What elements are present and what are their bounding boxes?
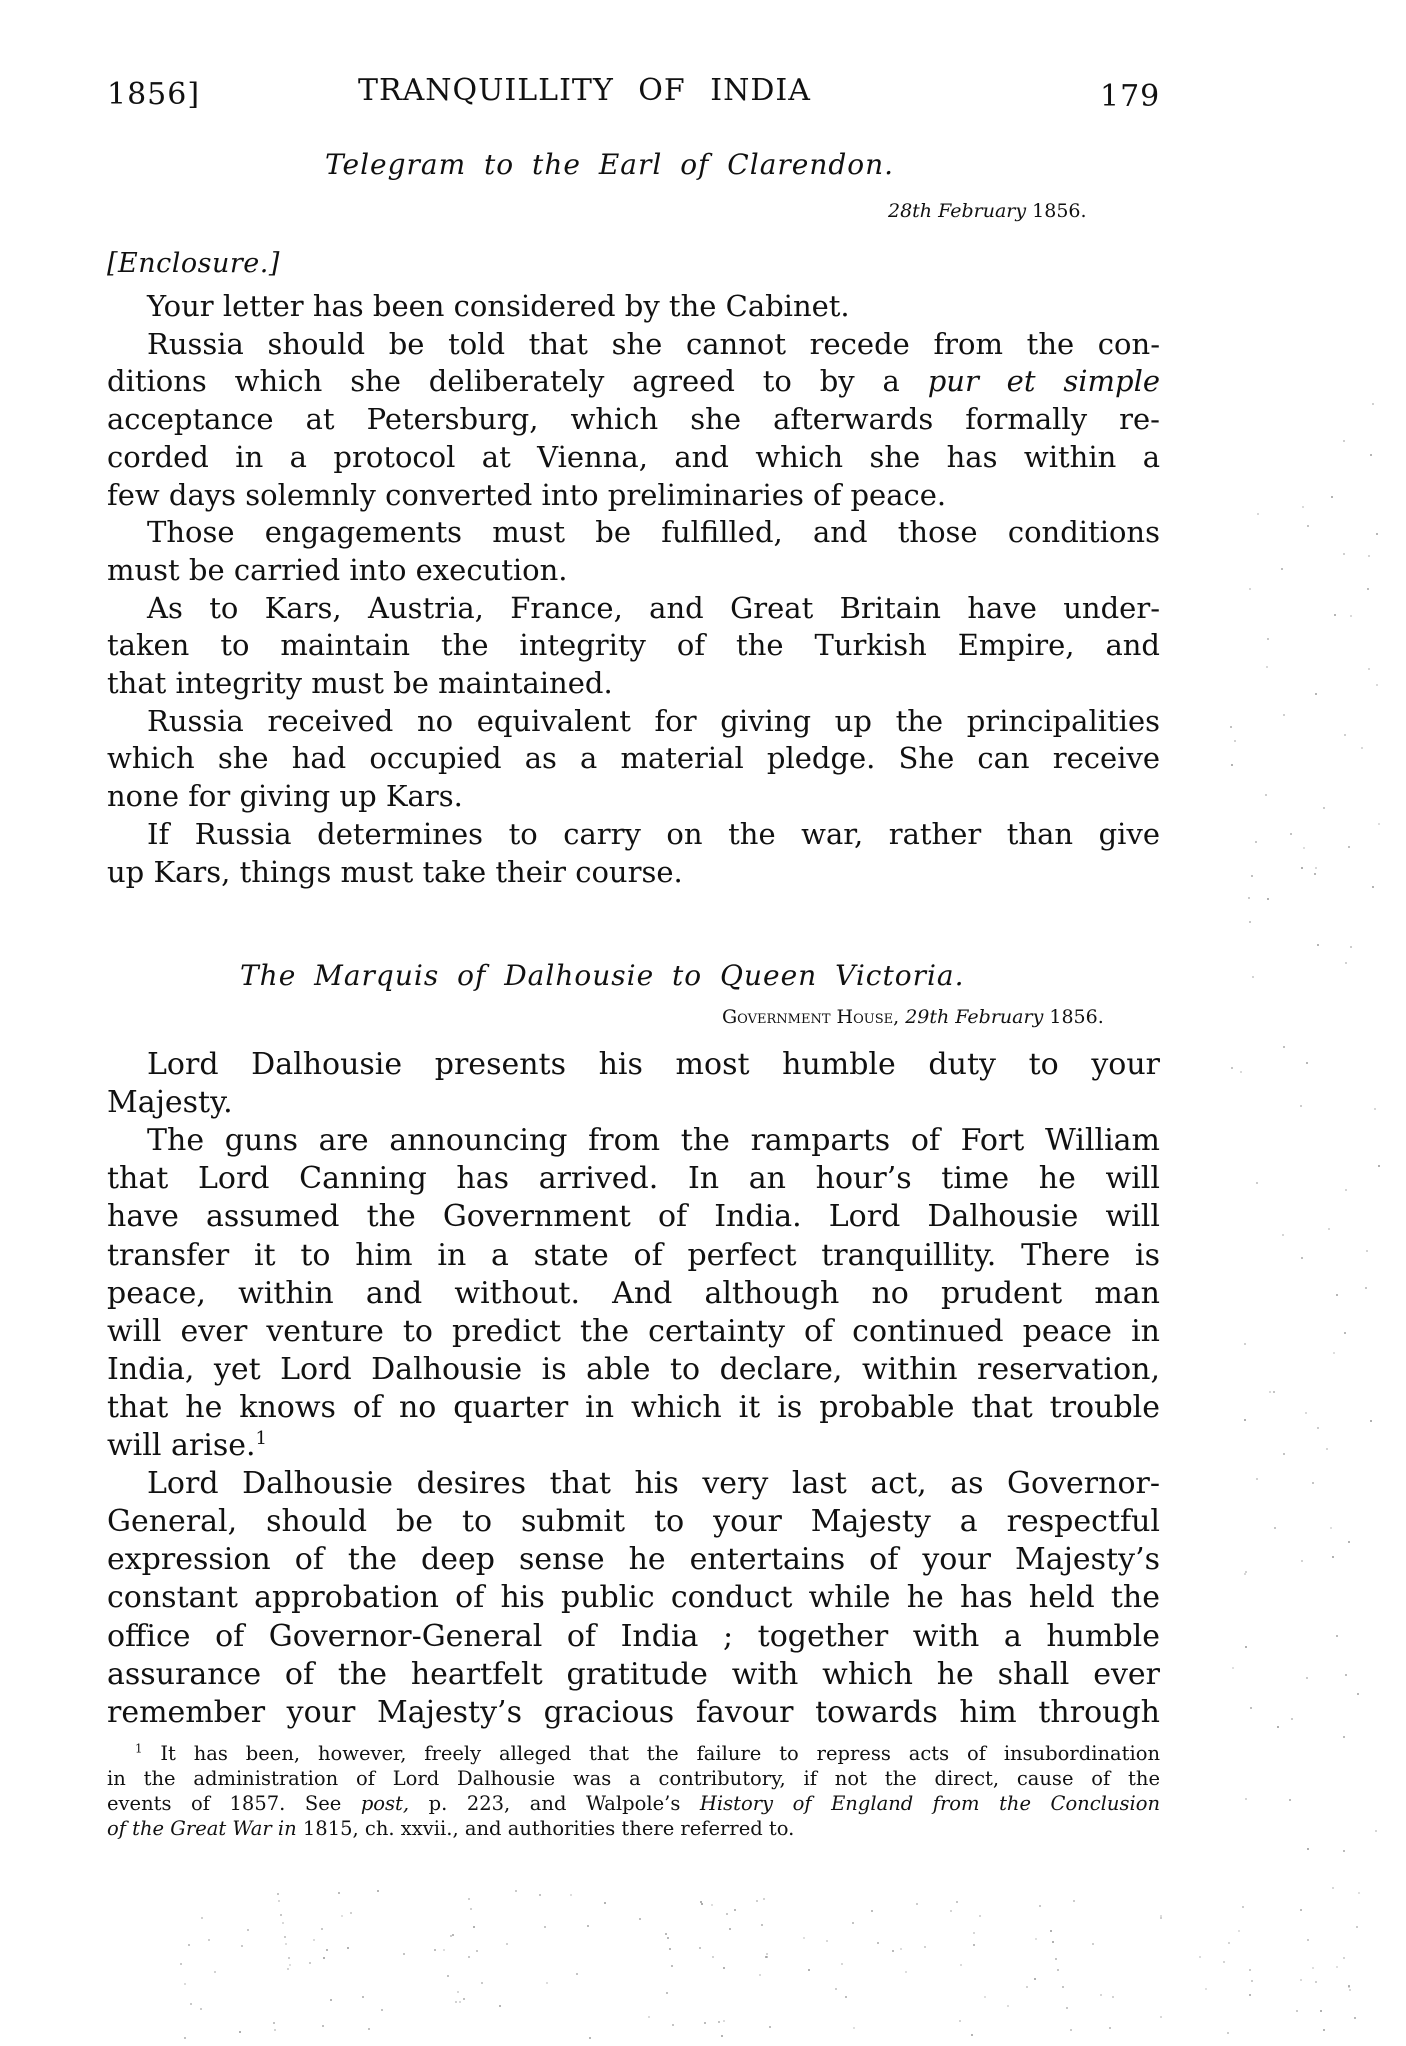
l1-line: Those engagements must be fulfilled, and… — [147, 518, 1160, 547]
page-number: 179 — [1100, 82, 1160, 112]
letter2-place: Government House, — [722, 1006, 899, 1028]
l2-line: Lord Dalhousie desires that his very las… — [147, 1469, 1160, 1499]
footnote-line-2: in the administration of Lord Dalhousie … — [107, 1769, 1160, 1789]
footnote-book-title: History of England from the Conclusion — [700, 1792, 1160, 1815]
l1-line: If Russia determines to carry on the war… — [147, 820, 1160, 849]
l1-line: ditions which she deliberately agreed to… — [107, 367, 1160, 396]
footnote-marker: 1 — [135, 1742, 142, 1756]
l2-line: remember your Majesty’s gracious favour … — [107, 1698, 1160, 1728]
running-title: TRANQUILLITY OF INDIA — [358, 76, 811, 106]
l2-line: that he knows of no quarter in which it … — [107, 1393, 1160, 1423]
letter2-date-day: 29th February — [905, 1006, 1043, 1028]
footnote-line-4: of the Great War in 1815, ch. xxvii., an… — [107, 1819, 794, 1839]
l1-line: Russia should be told that she cannot re… — [147, 330, 1160, 359]
letter1-date: 28th February 1856. — [888, 202, 1087, 221]
l1-line: up Kars, things must take their course. — [107, 858, 683, 887]
l1-line: corded in a protocol at Vienna, and whic… — [107, 443, 1160, 472]
l2-line: have assumed the Government of India. Lo… — [107, 1202, 1160, 1232]
l2-line: General, should be to submit to your Maj… — [107, 1507, 1160, 1537]
l2-line: peace, within and without. And although … — [107, 1279, 1160, 1309]
footnote-line-1: 1 It has been, however, freely alleged t… — [107, 1744, 1160, 1764]
l2-line: transfer it to him in a state of perfect… — [107, 1241, 1160, 1271]
header-year: 1856] — [107, 80, 187, 110]
footnote-ref: 1 — [256, 1428, 267, 1449]
l2-line: The guns are announcing from the rampart… — [147, 1126, 1160, 1156]
l1-line: Your letter has been considered by the C… — [147, 292, 850, 321]
l1-line: few days solemnly converted into prelimi… — [107, 481, 946, 510]
italic-phrase: pur et simple — [928, 364, 1160, 398]
l1-line: acceptance at Petersburg, which she afte… — [107, 405, 1160, 434]
l1-line: which she had occupied as a material ple… — [107, 744, 1160, 773]
letter2-title: The Marquis of Dalhousie to Queen Victor… — [240, 962, 965, 990]
letter2-date-year: 1856. — [1049, 1006, 1103, 1028]
footnote-line-3: events of 1857. See post, p. 223, and Wa… — [107, 1794, 1160, 1814]
l2-line: Lord Dalhousie presents his most humble … — [147, 1050, 1160, 1080]
l2-line: expression of the deep sense he entertai… — [107, 1545, 1160, 1575]
l1-line: that integrity must be maintained. — [107, 669, 613, 698]
l2-line: that Lord Canning has arrived. In an hou… — [107, 1164, 1160, 1194]
letter2-dateline: Government House, 29th February 1856. — [722, 1008, 1104, 1027]
l1-line: must be carried into execution. — [107, 556, 568, 585]
letter1-date-year: 1856. — [1032, 200, 1086, 222]
l2-line: will arise.1 — [107, 1431, 267, 1461]
l1-line: taken to maintain the integrity of the T… — [107, 631, 1160, 660]
l2-line: assurance of the heartfelt gratitude wit… — [107, 1660, 1160, 1690]
l2-line: office of Governor-General of India ; to… — [107, 1622, 1160, 1652]
letter1-date-day: 28th February — [888, 200, 1026, 222]
letter1-title: Telegram to the Earl of Clarendon. — [325, 151, 894, 179]
l2-line: Majesty. — [107, 1088, 233, 1118]
l2-line: India, yet Lord Dalhousie is able to dec… — [107, 1355, 1160, 1385]
l1-line: As to Kars, Austria, France, and Great B… — [147, 594, 1160, 623]
enclosure-label: [Enclosure.] — [107, 250, 280, 277]
l2-line: will ever venture to predict the certain… — [107, 1317, 1160, 1347]
l1-line: Russia received no equivalent for giving… — [147, 707, 1160, 736]
l2-line: constant approbation of his public condu… — [107, 1583, 1160, 1613]
l1-line: none for giving up Kars. — [107, 782, 463, 811]
